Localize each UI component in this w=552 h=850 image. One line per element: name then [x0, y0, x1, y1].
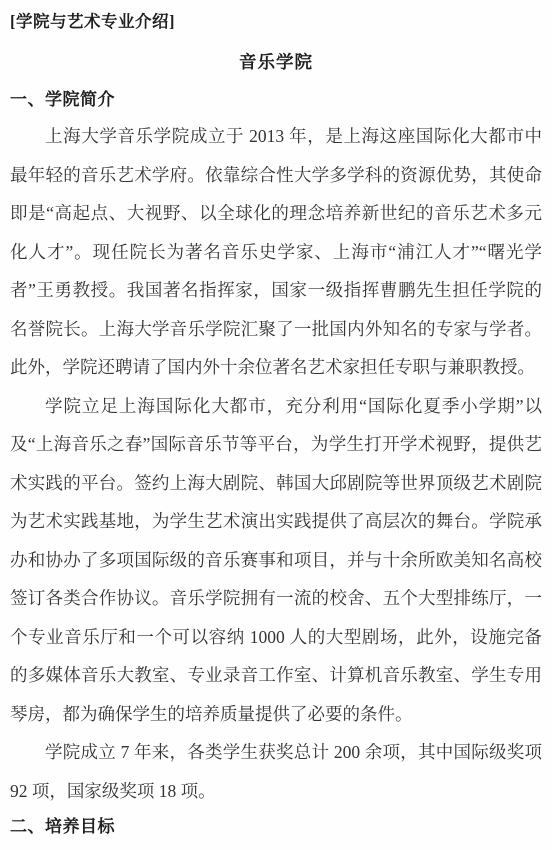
document-bracket-title: [学院与艺术专业介绍]: [10, 10, 542, 34]
paragraph-platforms-facilities: 学院立足上海国际化大都市，充分利用“国际化夏季小学期”以及“上海音乐之春”国际音…: [10, 387, 542, 734]
section-heading-training-goals: 二、培养目标: [10, 815, 542, 839]
paragraph-college-history: 上海大学音乐学院成立于 2013 年，是上海这座国际化大都市中最年轻的音乐艺术学…: [10, 117, 542, 387]
section-heading-introduction: 一、学院简介: [10, 88, 542, 112]
paragraph-student-awards: 学院成立 7 年来，各类学生获奖总计 200 余项，其中国际级奖项 92 项，国…: [10, 733, 542, 810]
college-title: 音乐学院: [10, 50, 542, 74]
document-page: [学院与艺术专业介绍] 音乐学院 一、学院简介 上海大学音乐学院成立于 2013…: [0, 0, 552, 850]
